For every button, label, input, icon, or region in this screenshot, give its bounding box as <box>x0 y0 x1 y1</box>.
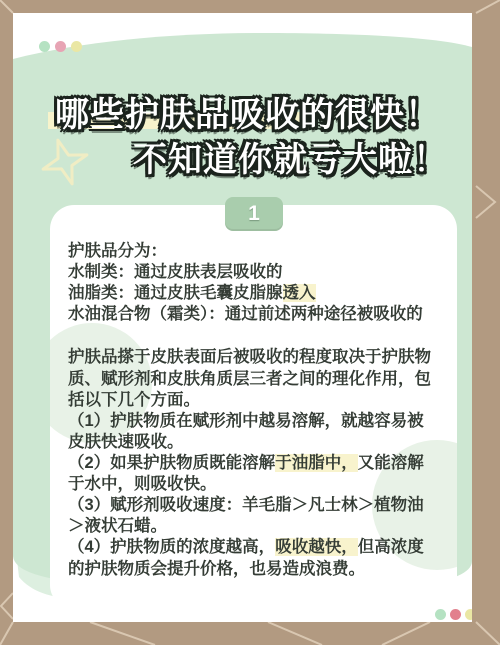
window-dot-yellow-icon <box>71 41 82 52</box>
window-dot-green-icon <box>435 609 446 620</box>
window-dot-red-icon <box>450 609 461 620</box>
title-line-1: 哪些护肤品吸收的很快！ <box>55 87 440 136</box>
window-dot-green-icon <box>39 41 50 52</box>
intro-line: 水制类：通过皮肤表层吸收的 <box>68 262 439 283</box>
card-content: 护肤品分为： 水制类：通过皮肤表层吸收的 油脂类：通过皮肤毛囊皮脂腺透入 水油混… <box>50 205 457 596</box>
point-item: （4）护肤物质的浓度越高，吸收越快，但高浓度的护肤物质会提升价格，也易造成浪费。 <box>68 537 439 579</box>
window-dot-pink-icon <box>55 41 66 52</box>
point-item: （3）赋形剂吸收速度：羊毛脂＞凡士林＞植物油＞液状石蜡。 <box>68 495 439 537</box>
inner-panel: 哪些护肤品吸收的很快！ 不知道你就亏大啦！ 护肤品分为： 水制类：通过皮肤表层吸… <box>13 13 472 622</box>
body-paragraph: 护肤品搽于皮肤表面后被吸收的程度取决于护肤物质、赋形剂和皮肤角质层三者之间的理化… <box>68 347 439 410</box>
point-item: （1）护肤物质在赋形剂中越易溶解，就越容易被皮肤快速吸收。 <box>68 411 439 453</box>
intro-line: 护肤品分为： <box>68 241 439 262</box>
point-item: （2）如果护肤物质既能溶解于油脂中，又能溶解于水中，则吸收快。 <box>68 453 439 495</box>
poster: 哪些护肤品吸收的很快！ 不知道你就亏大啦！ 护肤品分为： 水制类：通过皮肤表层吸… <box>0 0 500 645</box>
intro-line: 水油混合物（霜类）：通过前述两种途径被吸收的 <box>68 304 439 325</box>
content-card: 护肤品分为： 水制类：通过皮肤表层吸收的 油脂类：通过皮肤毛囊皮脂腺透入 水油混… <box>50 205 457 609</box>
window-dot-yellow-icon <box>465 609 472 620</box>
section-number-badge: 1 <box>225 197 283 231</box>
title-line-2: 不知道你就亏大啦！ <box>133 132 448 181</box>
intro-line: 油脂类：通过皮肤毛囊皮脂腺透入 <box>68 283 439 304</box>
